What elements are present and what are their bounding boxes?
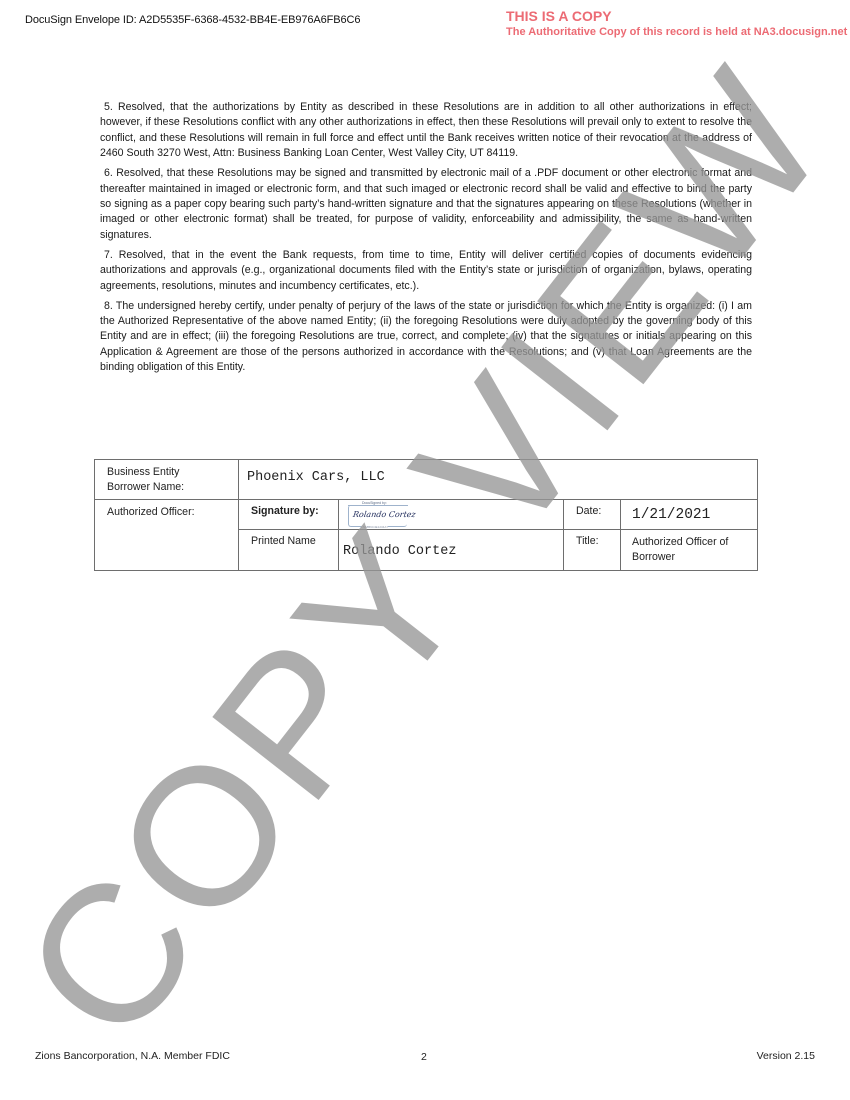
borrower-row: Business Entity Borrower Name: Phoenix C… — [95, 460, 758, 500]
resolution-paragraph-6: 6. Resolved, that these Resolutions may … — [100, 166, 752, 243]
stamp-hash: F5A8B9C4E1234A7 — [361, 525, 388, 529]
signature-row: Authorized Officer: Signature by: DocuSi… — [95, 500, 758, 530]
signature-field[interactable]: DocuSigned by: Rolando Cortez F5A8B9C4E1… — [339, 500, 564, 530]
handwritten-signature: Rolando Cortez — [352, 510, 416, 519]
printed-name-field[interactable]: Rolando Cortez — [339, 530, 564, 571]
signature-table: Business Entity Borrower Name: Phoenix C… — [94, 459, 758, 571]
borrower-name-field[interactable]: Phoenix Cars, LLC — [239, 460, 758, 500]
title-field[interactable]: Authorized Officer of Borrower — [621, 530, 758, 571]
signature-by-label: Signature by: — [239, 500, 339, 530]
docusign-envelope-id: DocuSign Envelope ID: A2D5535F-6368-4532… — [25, 14, 360, 26]
resolutions-body: 5. Resolved, that the authorizations by … — [100, 100, 752, 380]
date-field[interactable]: 1/21/2021 — [621, 500, 758, 530]
resolution-paragraph-8: 8. The undersigned hereby certify, under… — [100, 299, 752, 376]
footer-bank-name: Zions Bancorporation, N.A. Member FDIC — [35, 1050, 230, 1062]
borrower-name-label: Business Entity Borrower Name: — [95, 460, 239, 500]
copy-notice: THIS IS A COPY The Authoritative Copy of… — [506, 8, 847, 39]
copy-notice-headline: THIS IS A COPY — [506, 8, 847, 24]
title-label: Title: — [564, 530, 621, 571]
copy-notice-subline: The Authoritative Copy of this record is… — [506, 25, 847, 39]
docusign-signature-stamp: DocuSigned by: Rolando Cortez F5A8B9C4E1… — [348, 505, 407, 527]
resolution-paragraph-7: 7. Resolved, that in the event the Bank … — [100, 248, 752, 294]
borrower-label-line1: Business Entity — [107, 465, 226, 480]
stamp-border-top — [348, 505, 408, 506]
authorized-officer-label: Authorized Officer: — [95, 500, 239, 571]
borrower-label-line2: Borrower Name: — [107, 480, 226, 495]
footer-version: Version 2.15 — [757, 1050, 815, 1062]
printed-name-label: Printed Name — [239, 530, 339, 571]
stamp-caption: DocuSigned by: — [361, 501, 388, 505]
resolution-paragraph-5: 5. Resolved, that the authorizations by … — [100, 100, 752, 162]
footer-page-number: 2 — [421, 1051, 427, 1063]
date-label: Date: — [564, 500, 621, 530]
